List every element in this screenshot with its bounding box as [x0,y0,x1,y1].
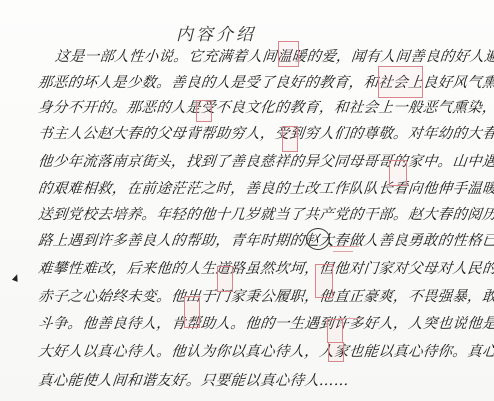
highlight-box [184,296,200,328]
text-line-12: 大好人以真心待人。他认为你以真心待人，人家也能以真心待你。真心能温暖人间， [37,343,494,361]
highlight-box [327,319,343,343]
highlight-box [282,126,298,152]
circle-mark [306,228,330,250]
text-line-1: 这是一部人性小说。它充满着人间温暖的爱，闻有人间善良的好人遍天下， [54,48,494,66]
text-line-8: 路上遇到许多善良人的帮助，青年时期的赵大春做人善良勇敢的性格已经形成。人说山 [37,232,494,250]
text-line-3: 身分不开的。那恶的人是受不良文化的教育，和社会上一般恶气熏染，与自身分不开的。本 [37,99,494,117]
text-line-6: 的艰难相救，在前途茫茫之时，善良的土改工作队队长看向他伸手温暖的手，把他 [37,180,494,198]
highlight-box [217,266,233,292]
scanned-page: 内容介绍 这是一部人性小说。它充满着人间温暖的爱，闻有人间善良的好人遍天下， 那… [0,0,494,401]
text-line-11: 斗争。他善良待人，肯帮助人。他的一生遇到许多好人，人突也说他是个好人。他待就 [37,315,494,333]
text-line-4: 书主人公赵大春的父母背帮助穷人，受到穷人们的尊敬。对年幼的大春心灵影响很深 [37,125,494,143]
highlight-box [328,342,344,362]
highlight-box [278,41,299,67]
annotation-line [333,251,353,252]
text-line-9: 难攀性难改，后来他的人生道路虽然坎坷，但他对门家对父母对人民的一颗善良 [37,260,494,278]
text-line-13: 真心能使人间和谐友好。只要能以真心待人…… [37,372,350,390]
text-line-5: 他少年流落南京街头，找到了善良慈祥的异父同母哥哥的家中。山中遇险地过上安心 [37,153,494,171]
highlight-box [196,100,212,122]
highlight-box [315,264,333,298]
highlight-box [389,160,407,186]
text-line-2: 那恶的坏人是少数。善良的人是受了良好的教育，和社会上良好风气熏染，与自 [37,74,494,92]
text-line-7: 送到党校去培养。年轻的他十几岁就当了共产党的干部。赵大春的阅历，从善良家庭出来一 [37,206,494,224]
highlight-box [378,66,423,98]
annotation-line [338,318,360,319]
document-title: 内容介绍 [176,20,256,45]
annotation-line [329,246,359,247]
margin-mark-icon [12,273,20,282]
text-line-10: 赤子之心始终未变。他出于门家秉公履职，他直正豪爽，不畏强暴，敢与坏人作斗 [37,288,494,306]
